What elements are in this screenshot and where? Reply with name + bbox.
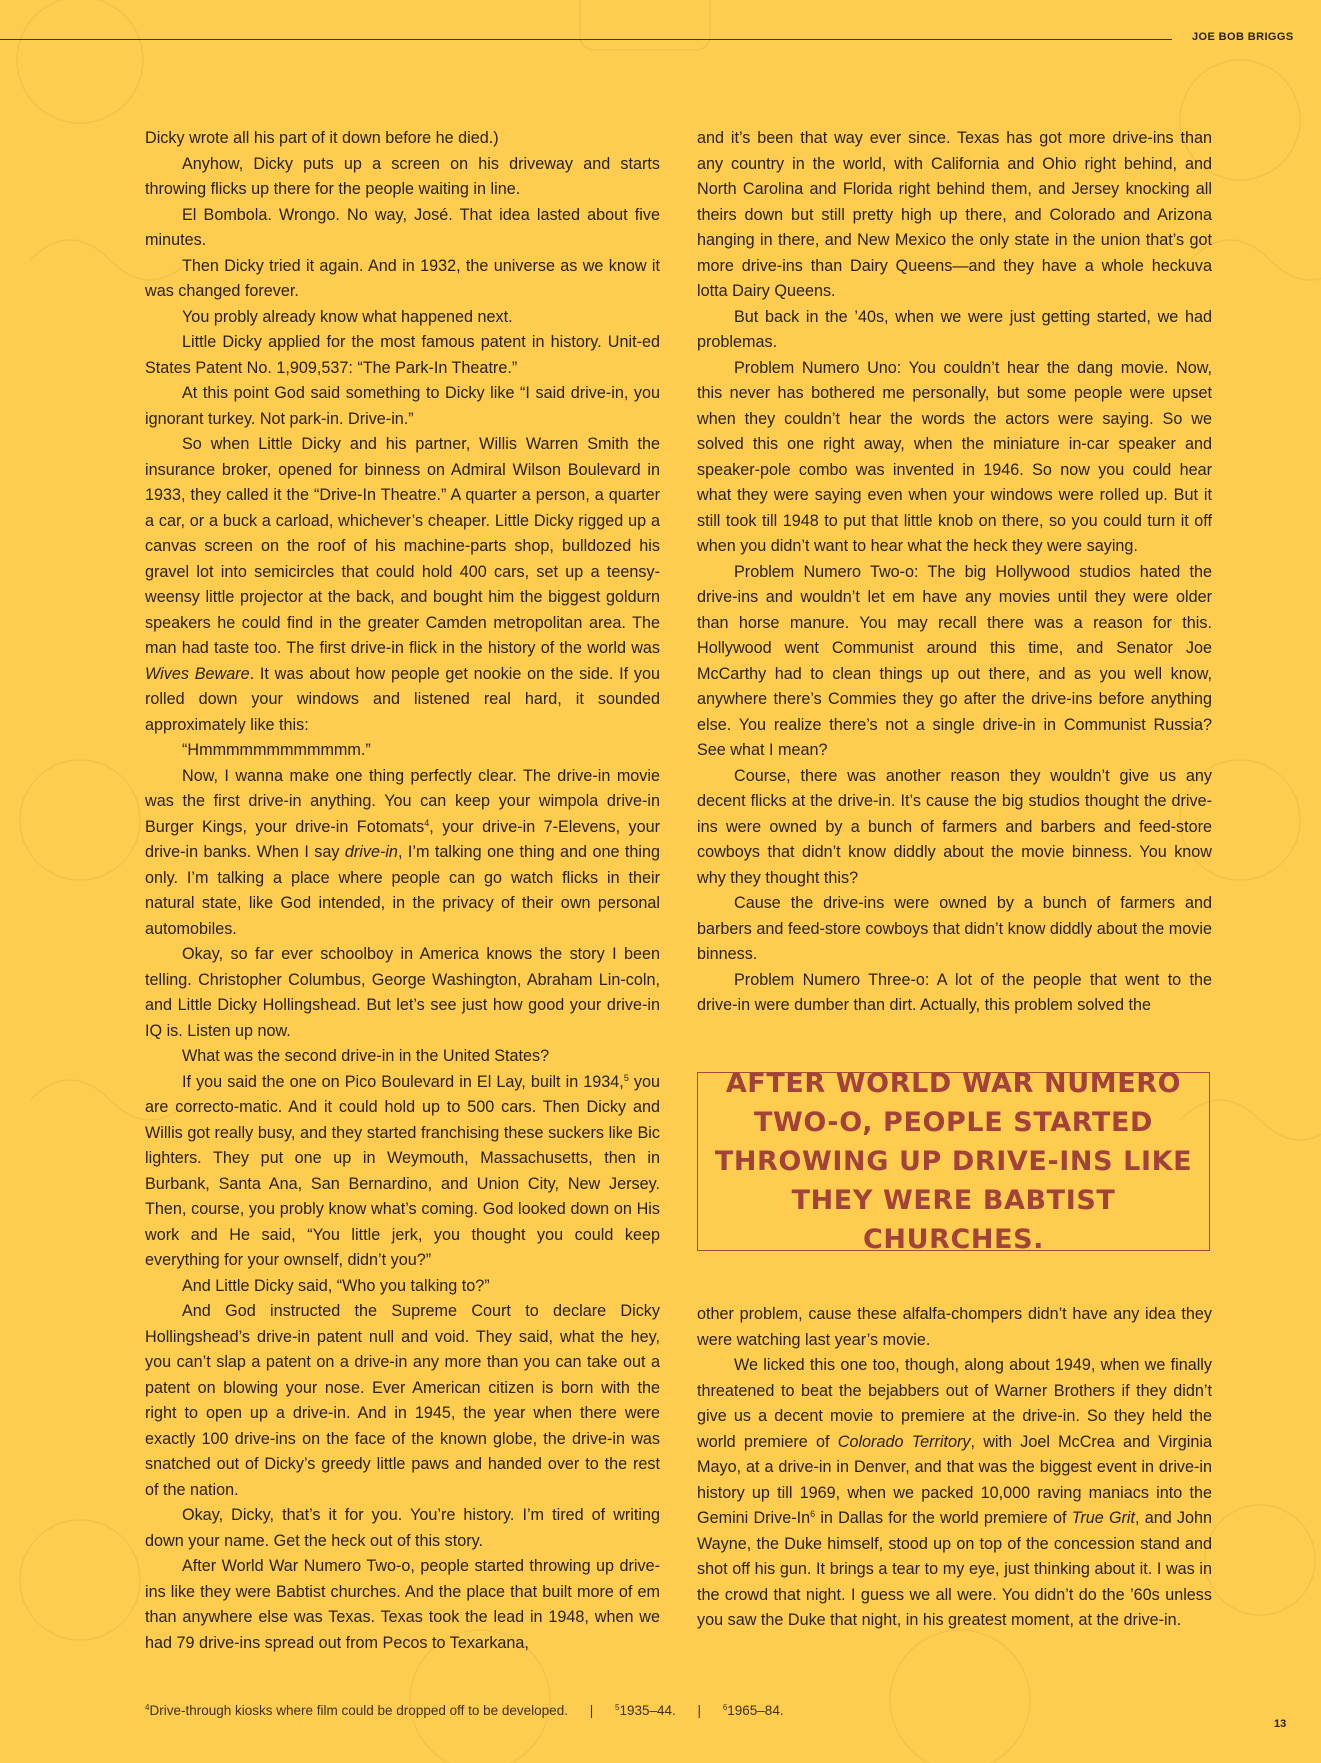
body-paragraph: Anyhow, Dicky puts up a screen on his dr… xyxy=(145,152,660,203)
body-paragraph: And God instructed the Supreme Court to … xyxy=(145,1299,660,1503)
pullquote-box: After World War Numero Two-o, people sta… xyxy=(697,1072,1210,1251)
italic-title: Wives Beware xyxy=(145,665,250,683)
body-paragraph: Okay, so far ever schoolboy in America k… xyxy=(145,942,660,1044)
pullquote-text: After World War Numero Two-o, people sta… xyxy=(698,1064,1209,1259)
body-paragraph: Then Dicky tried it again. And in 1932, … xyxy=(145,254,660,305)
right-column-top: and it’s been that way ever since. Texas… xyxy=(697,126,1212,1019)
footnote-reference[interactable]: 4 xyxy=(424,818,429,828)
body-paragraph: Now, I wanna make one thing perfectly cl… xyxy=(145,764,660,943)
right-column-bottom: other problem, cause these alfalfa-chomp… xyxy=(697,1302,1212,1634)
body-paragraph: Little Dicky applied for the most famous… xyxy=(145,330,660,381)
body-paragraph: What was the second drive-in in the Unit… xyxy=(145,1044,660,1070)
body-paragraph: After World War Numero Two-o, people sta… xyxy=(145,1554,660,1656)
body-paragraph: El Bombola. Wrongo. No way, José. That i… xyxy=(145,203,660,254)
footnote-5: 51935–44. xyxy=(615,1703,676,1718)
header-rule xyxy=(0,39,1172,40)
body-paragraph: Okay, Dicky, that’s it for you. You’re h… xyxy=(145,1503,660,1554)
body-paragraph: You probly already know what happened ne… xyxy=(145,305,660,331)
italic-title: Colorado Territory xyxy=(838,1433,971,1451)
body-paragraph: Problem Numero Uno: You couldn’t hear th… xyxy=(697,356,1212,560)
body-paragraph: Problem Numero Two-o: The big Hollywood … xyxy=(697,560,1212,764)
page-number: 13 xyxy=(1274,1718,1286,1730)
body-paragraph: We licked this one too, though, along ab… xyxy=(697,1353,1212,1634)
footnote-separator: | xyxy=(590,1703,594,1718)
body-paragraph: Problem Numero Three-o: A lot of the peo… xyxy=(697,968,1212,1019)
body-paragraph: At this point God said something to Dick… xyxy=(145,381,660,432)
body-paragraph: Cause the drive-ins were owned by a bunc… xyxy=(697,891,1212,968)
footnote-6: 61965–84. xyxy=(723,1703,784,1718)
footnote-separator: | xyxy=(698,1703,702,1718)
italic-title: True Grit xyxy=(1072,1509,1135,1527)
footnotes: 4Drive-through kiosks where film could b… xyxy=(145,1703,784,1718)
body-paragraph: and it’s been that way ever since. Texas… xyxy=(697,126,1212,305)
left-column: Dicky wrote all his part of it down befo… xyxy=(145,126,660,1656)
italic-title: drive-in xyxy=(345,843,398,861)
body-paragraph: If you said the one on Pico Boulevard in… xyxy=(145,1070,660,1274)
body-paragraph: “Hmmmmmmmmmmmm.” xyxy=(145,738,660,764)
footnote-4: 4Drive-through kiosks where film could b… xyxy=(145,1703,568,1718)
body-paragraph: Dicky wrote all his part of it down befo… xyxy=(145,126,660,152)
body-paragraph: So when Little Dicky and his partner, Wi… xyxy=(145,432,660,738)
body-paragraph: But back in the ’40s, when we were just … xyxy=(697,305,1212,356)
body-paragraph: other problem, cause these alfalfa-chomp… xyxy=(697,1302,1212,1353)
footnote-reference[interactable]: 6 xyxy=(810,1509,815,1519)
footnote-reference[interactable]: 5 xyxy=(624,1073,629,1083)
body-paragraph: And Little Dicky said, “Who you talking … xyxy=(145,1274,660,1300)
body-paragraph: Course, there was another reason they wo… xyxy=(697,764,1212,892)
running-head-author: JOE BOB BRIGGS xyxy=(1192,31,1294,43)
